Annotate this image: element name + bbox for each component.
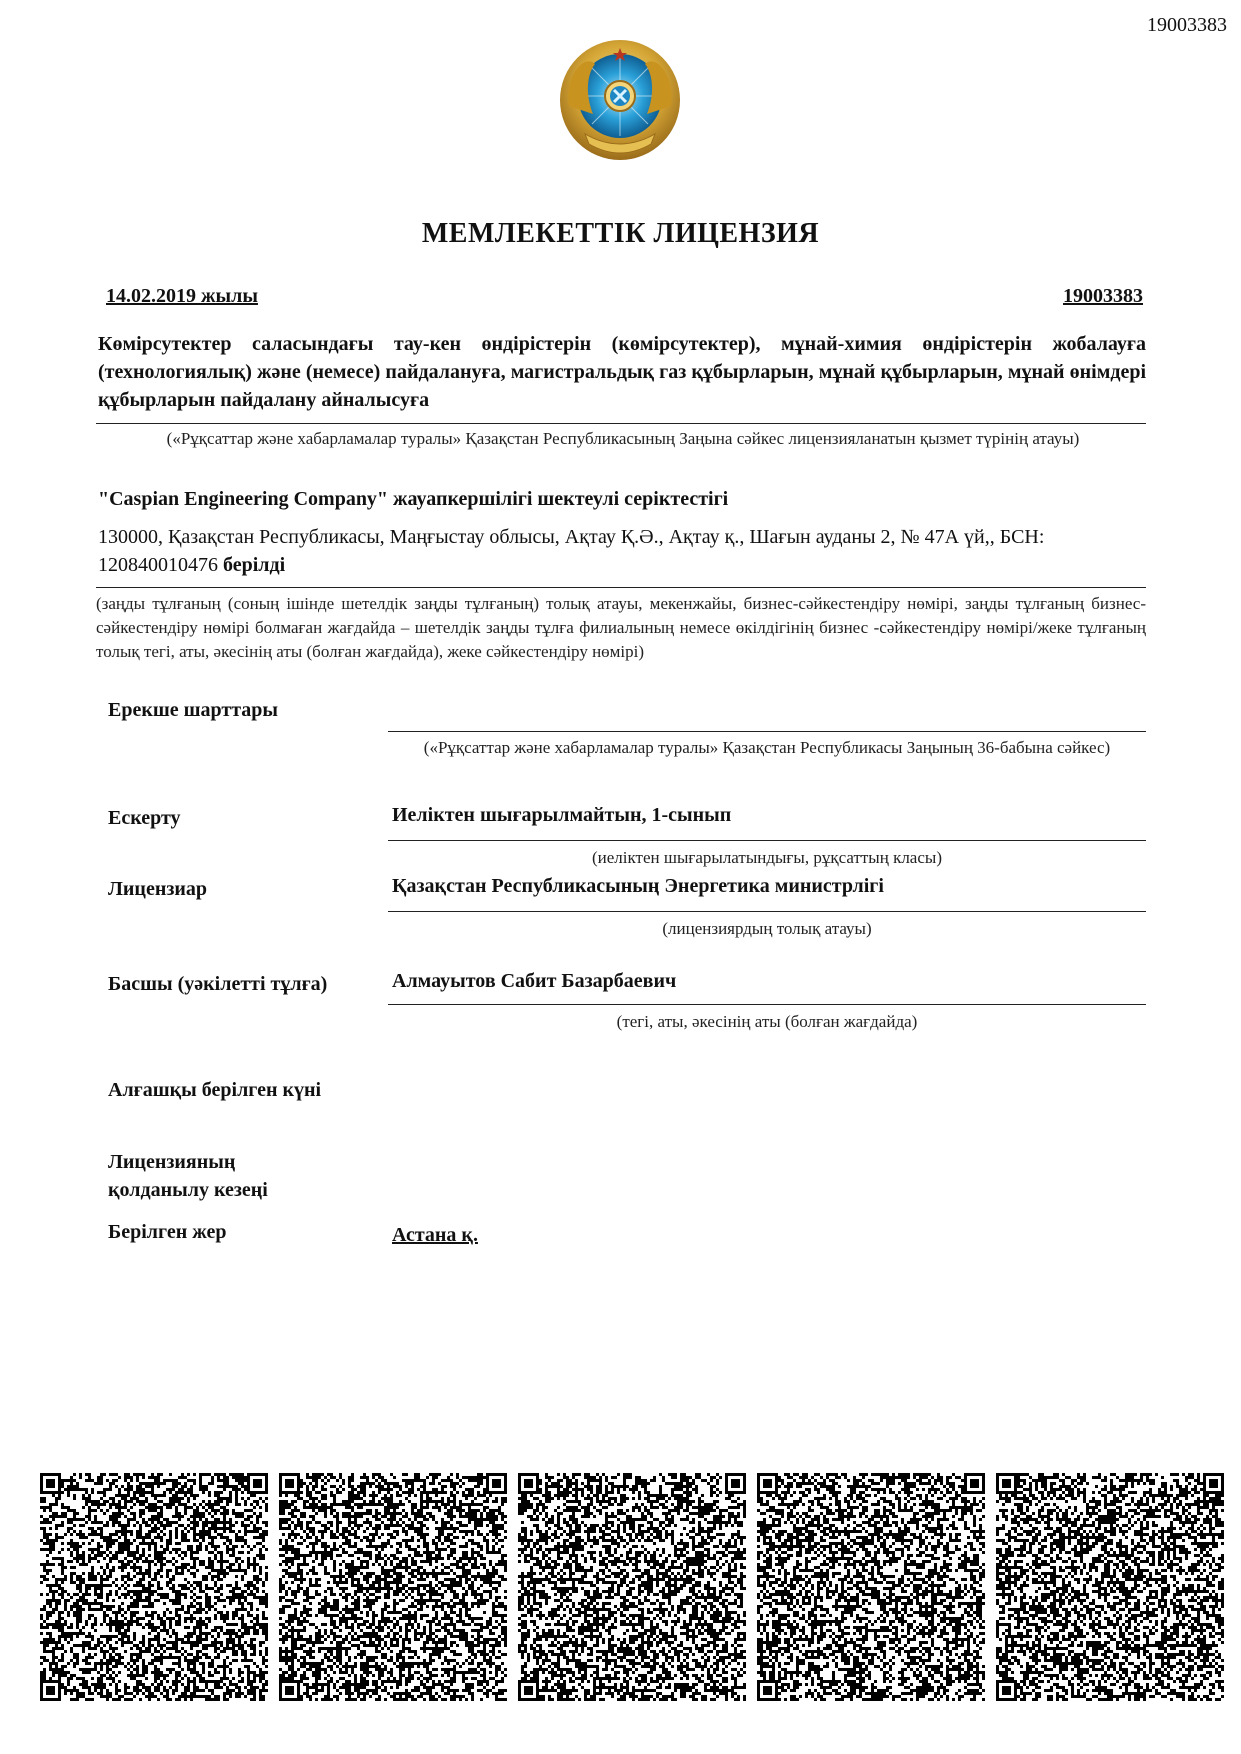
- divider: [96, 587, 1146, 588]
- special-conditions-caption: («Рұқсаттар және хабарламалар туралы» Қа…: [388, 736, 1146, 760]
- place-of-issue-label: Берілген жер: [108, 1218, 226, 1246]
- validity-period-label-line1: Лицензияның: [108, 1148, 268, 1176]
- special-conditions-label: Ерекше шарттары: [108, 696, 278, 724]
- licensor-value: Қазақстан Республикасының Энергетика мин…: [392, 875, 884, 898]
- qr-code-icon: [279, 1473, 507, 1699]
- remark-line: [388, 840, 1146, 841]
- first-issue-date-label: Алғашқы берілген күні: [108, 1076, 321, 1104]
- validity-period-label-line2: қолданылу кезеңі: [108, 1176, 268, 1204]
- licensor-caption: (лицензиярдың толық атауы): [388, 917, 1146, 941]
- licensor-line: [388, 911, 1146, 912]
- licensed-activity: Көмірсутектер саласындағы тау-кен өндірі…: [98, 330, 1146, 414]
- issue-date: 14.02.2019 жылы: [106, 285, 258, 308]
- place-of-issue-value: Астана қ.: [392, 1224, 478, 1247]
- head-caption: (тегі, аты, әкесінің аты (болған жағдайд…: [388, 1010, 1146, 1034]
- remark-value: Иеліктен шығарылмайтын, 1-сынып: [392, 804, 731, 827]
- licensee-address: 130000, Қазақстан Республикасы, Маңғыста…: [98, 523, 1138, 579]
- licensor-label: Лицензиар: [108, 875, 207, 903]
- head-value: Алмауытов Сабит Базарбаевич: [392, 970, 676, 993]
- qr-code-icon: [996, 1473, 1224, 1699]
- issued-word: берілді: [223, 554, 285, 576]
- head-label: Басшы (уәкілетті тұлға): [108, 970, 327, 998]
- activity-caption: («Рұқсаттар және хабарламалар туралы» Қа…: [108, 427, 1138, 451]
- document-title: МЕМЛЕКЕТТІК ЛИЦЕНЗИЯ: [0, 218, 1241, 250]
- qr-code-icon: [40, 1473, 268, 1699]
- validity-period-label: Лицензияның қолданылу кезеңі: [108, 1148, 268, 1204]
- qr-code-icon: [757, 1473, 985, 1699]
- special-conditions-line: [388, 731, 1146, 732]
- divider: [96, 423, 1146, 424]
- state-emblem-icon: [555, 34, 685, 164]
- head-line: [388, 1004, 1146, 1005]
- licensee-name: "Caspian Engineering Company" жауапкерші…: [98, 488, 728, 511]
- licensee-caption: (заңды тұлғаның (соның ішінде шетелдік з…: [96, 592, 1146, 664]
- qr-code-icon: [518, 1473, 746, 1699]
- remark-caption: (иеліктен шығарылатындығы, рұқсаттың кла…: [388, 846, 1146, 870]
- license-number: 19003383: [1063, 285, 1143, 308]
- document-number-top: 19003383: [1147, 14, 1227, 37]
- remark-label: Ескерту: [108, 804, 181, 832]
